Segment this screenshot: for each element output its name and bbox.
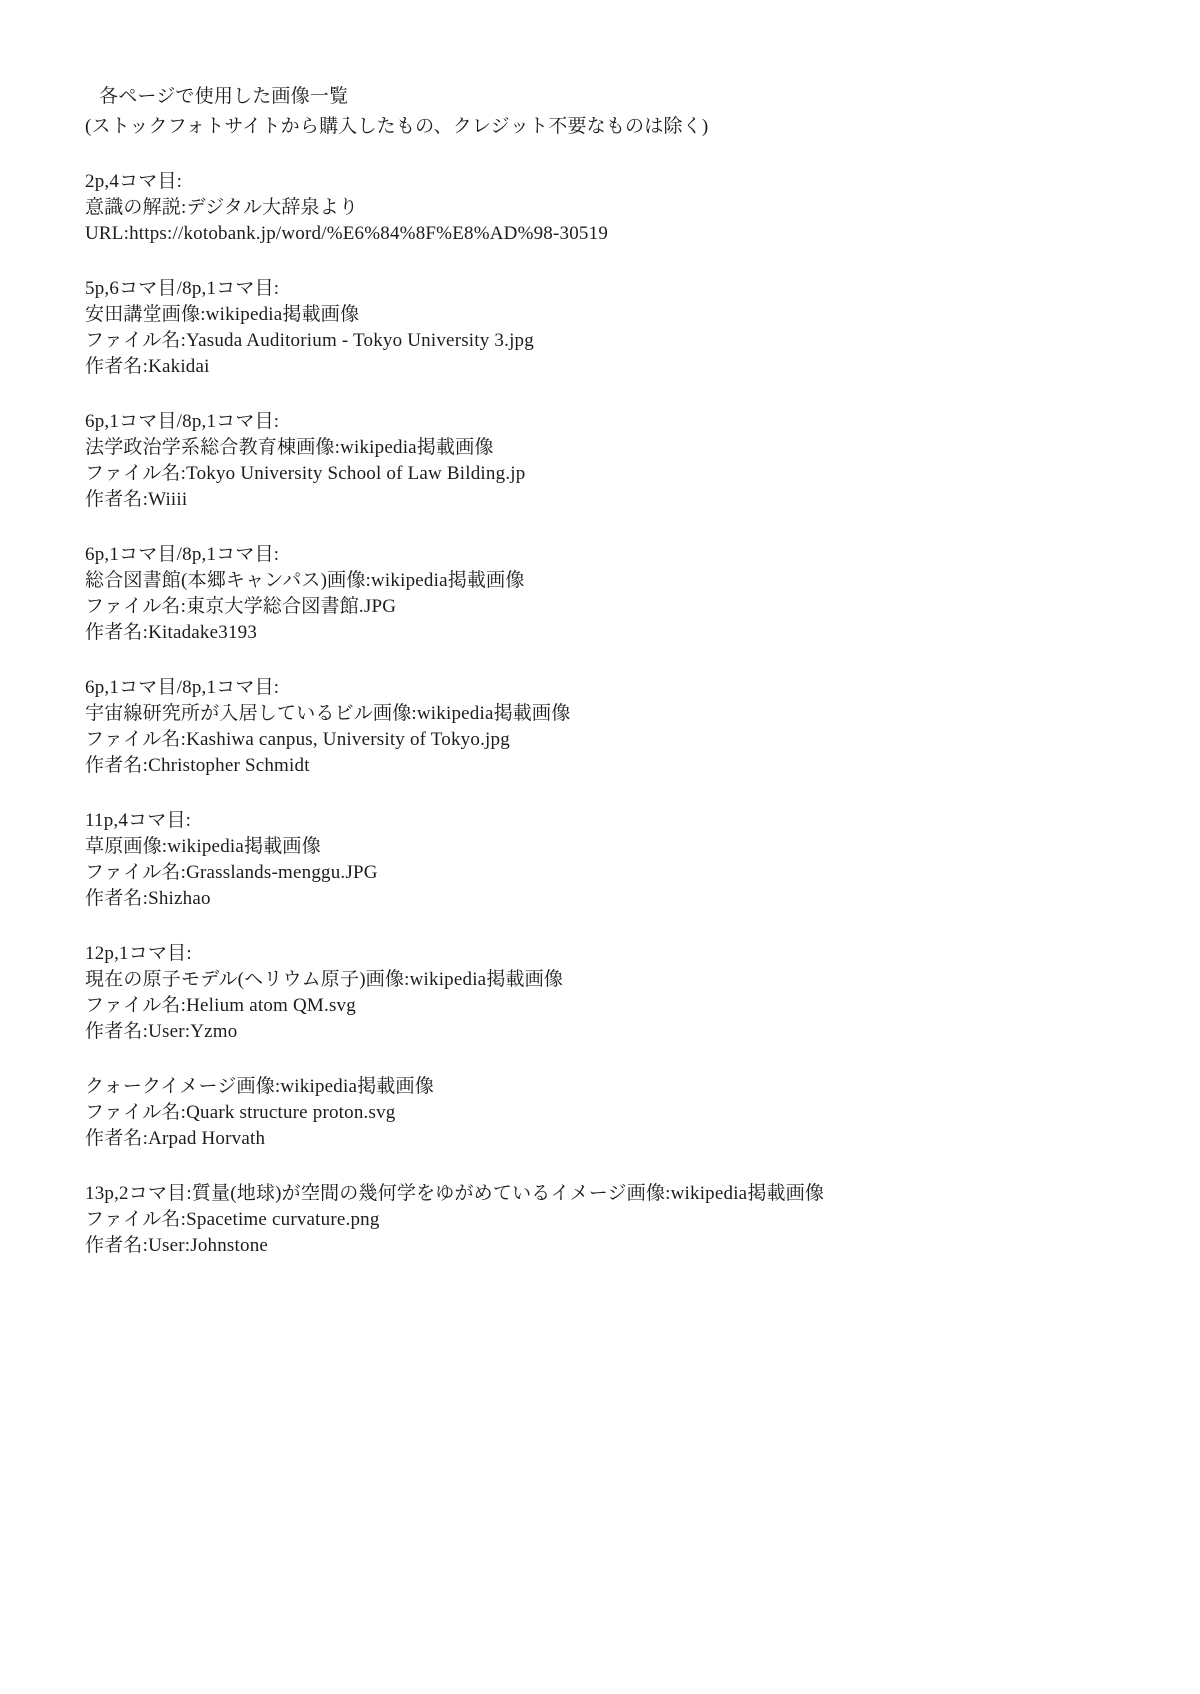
credit-filename: ファイル名:Spacetime curvature.png [85,1207,1140,1233]
credit-filename: ファイル名:東京大学総合図書館.JPG [85,594,1140,620]
credit-page-ref: 11p,4コマ目: [85,808,1140,834]
credit-description: 法学政治学系総合教育棟画像:wikipedia掲載画像 [85,435,1140,461]
title-block: 各ページで使用した画像一覧 (ストックフォトサイトから購入したもの、クレジット不… [85,82,1140,142]
credit-filename: ファイル名:Quark structure proton.svg [85,1100,1140,1126]
document-page: 各ページで使用した画像一覧 (ストックフォトサイトから購入したもの、クレジット不… [0,0,1200,1694]
credit-author: 作者名:User:Yzmo [85,1019,1140,1045]
credit-author: 作者名:Shizhao [85,886,1140,912]
credit-page-ref: 5p,6コマ目/8p,1コマ目: [85,276,1140,302]
credit-page-ref: 6p,1コマ目/8p,1コマ目: [85,409,1140,435]
credit-section-general-library: 6p,1コマ目/8p,1コマ目: 総合図書館(本郷キャンパス)画像:wikipe… [85,542,1140,646]
credit-description: 宇宙線研究所が入居しているビル画像:wikipedia掲載画像 [85,701,1140,727]
page-subtitle: (ストックフォトサイトから購入したもの、クレジット不要なものは除く) [85,112,1140,142]
credit-description: 総合図書館(本郷キャンパス)画像:wikipedia掲載画像 [85,568,1140,594]
credit-section-quark: クォークイメージ画像:wikipedia掲載画像 ファイル名:Quark str… [85,1074,1140,1152]
credit-section-helium-atom: 12p,1コマ目: 現在の原子モデル(ヘリウム原子)画像:wikipedia掲載… [85,941,1140,1045]
credit-author: 作者名:Arpad Horvath [85,1126,1140,1152]
credit-section-kotobank: 2p,4コマ目: 意識の解説:デジタル大辞泉より URL:https://kot… [85,169,1140,247]
credit-page-ref: 12p,1コマ目: [85,941,1140,967]
credit-page-ref-description: 13p,2コマ目:質量(地球)が空間の幾何学をゆがめているイメージ画像:wiki… [85,1181,1140,1207]
credit-author: 作者名:Wiiii [85,487,1140,513]
credit-url: URL:https://kotobank.jp/word/%E6%84%8F%E… [85,221,1140,247]
credit-section-kashiwa-campus: 6p,1コマ目/8p,1コマ目: 宇宙線研究所が入居しているビル画像:wikip… [85,675,1140,779]
credit-filename: ファイル名:Grasslands-menggu.JPG [85,860,1140,886]
credit-author: 作者名:User:Johnstone [85,1233,1140,1259]
credit-description: 意識の解説:デジタル大辞泉より [85,195,1140,221]
credit-filename: ファイル名:Kashiwa canpus, University of Toky… [85,727,1140,753]
credit-page-ref: 6p,1コマ目/8p,1コマ目: [85,542,1140,568]
credit-page-ref: 6p,1コマ目/8p,1コマ目: [85,675,1140,701]
credit-author: 作者名:Christopher Schmidt [85,753,1140,779]
credit-section-law-building: 6p,1コマ目/8p,1コマ目: 法学政治学系総合教育棟画像:wikipedia… [85,409,1140,513]
credit-description: クォークイメージ画像:wikipedia掲載画像 [85,1074,1140,1100]
credit-section-grassland: 11p,4コマ目: 草原画像:wikipedia掲載画像 ファイル名:Grass… [85,808,1140,912]
credit-filename: ファイル名:Tokyo University School of Law Bil… [85,461,1140,487]
credit-author: 作者名:Kakidai [85,354,1140,380]
credit-description: 草原画像:wikipedia掲載画像 [85,834,1140,860]
credit-filename: ファイル名:Yasuda Auditorium - Tokyo Universi… [85,328,1140,354]
credit-section-yasuda-auditorium: 5p,6コマ目/8p,1コマ目: 安田講堂画像:wikipedia掲載画像 ファ… [85,276,1140,380]
credit-description: 安田講堂画像:wikipedia掲載画像 [85,302,1140,328]
credit-section-spacetime-curvature: 13p,2コマ目:質量(地球)が空間の幾何学をゆがめているイメージ画像:wiki… [85,1181,1140,1259]
page-title: 各ページで使用した画像一覧 [85,82,1140,112]
credit-author: 作者名:Kitadake3193 [85,620,1140,646]
credit-page-ref: 2p,4コマ目: [85,169,1140,195]
credit-description: 現在の原子モデル(ヘリウム原子)画像:wikipedia掲載画像 [85,967,1140,993]
credit-filename: ファイル名:Helium atom QM.svg [85,993,1140,1019]
